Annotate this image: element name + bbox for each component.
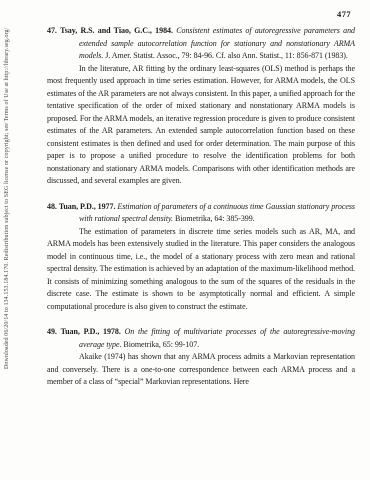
reference-entry: 49. Tuan, P.D., 1978. On the fitting of … — [47, 326, 355, 351]
reference-abstract: Akaike (1974) has shown that any ARMA pr… — [47, 351, 355, 389]
scanned-page: Downloaded 06/20/14 to 134.153.184.170. … — [0, 0, 370, 480]
reference-authors: Tsay, R.S. and Tiao, G.C., 1984. — [60, 26, 173, 35]
reference-source: Biometrika, 65: 99-107. — [123, 340, 199, 349]
reference-authors: Tuan, P.D., 1977. — [59, 202, 116, 211]
reference-entry: 48. Tuan, P.D., 1977. Estimation of para… — [47, 201, 355, 226]
reference-entry: 47. Tsay, R.S. and Tiao, G.C., 1984. Con… — [47, 25, 355, 63]
reference-number: 48. — [47, 202, 57, 211]
reference-number: 49. — [47, 327, 57, 336]
reference-source: Biometrika, 64: 385-399. — [175, 214, 255, 223]
reference-number: 47. — [47, 26, 57, 35]
references-content: 47. Tsay, R.S. and Tiao, G.C., 1984. Con… — [47, 25, 355, 389]
reference-block-48: 48. Tuan, P.D., 1977. Estimation of para… — [47, 201, 355, 314]
reference-block-49: 49. Tuan, P.D., 1978. On the fitting of … — [47, 326, 355, 389]
reference-abstract: In the literature, AR fitting by the ord… — [47, 63, 355, 188]
reference-authors: Tuan, P.D., 1978. — [61, 327, 121, 336]
reference-abstract: The estimation of parameters in discrete… — [47, 226, 355, 314]
reference-source: J. Amer. Statist. Assoc., 79: 84-96. Cf.… — [105, 51, 348, 60]
reference-title: On the fitting of multivariate processes… — [79, 327, 355, 349]
copyright-watermark: Downloaded 06/20/14 to 134.153.184.170. … — [3, 33, 12, 369]
reference-block-47: 47. Tsay, R.S. and Tiao, G.C., 1984. Con… — [47, 25, 355, 188]
page-number: 477 — [337, 9, 351, 19]
